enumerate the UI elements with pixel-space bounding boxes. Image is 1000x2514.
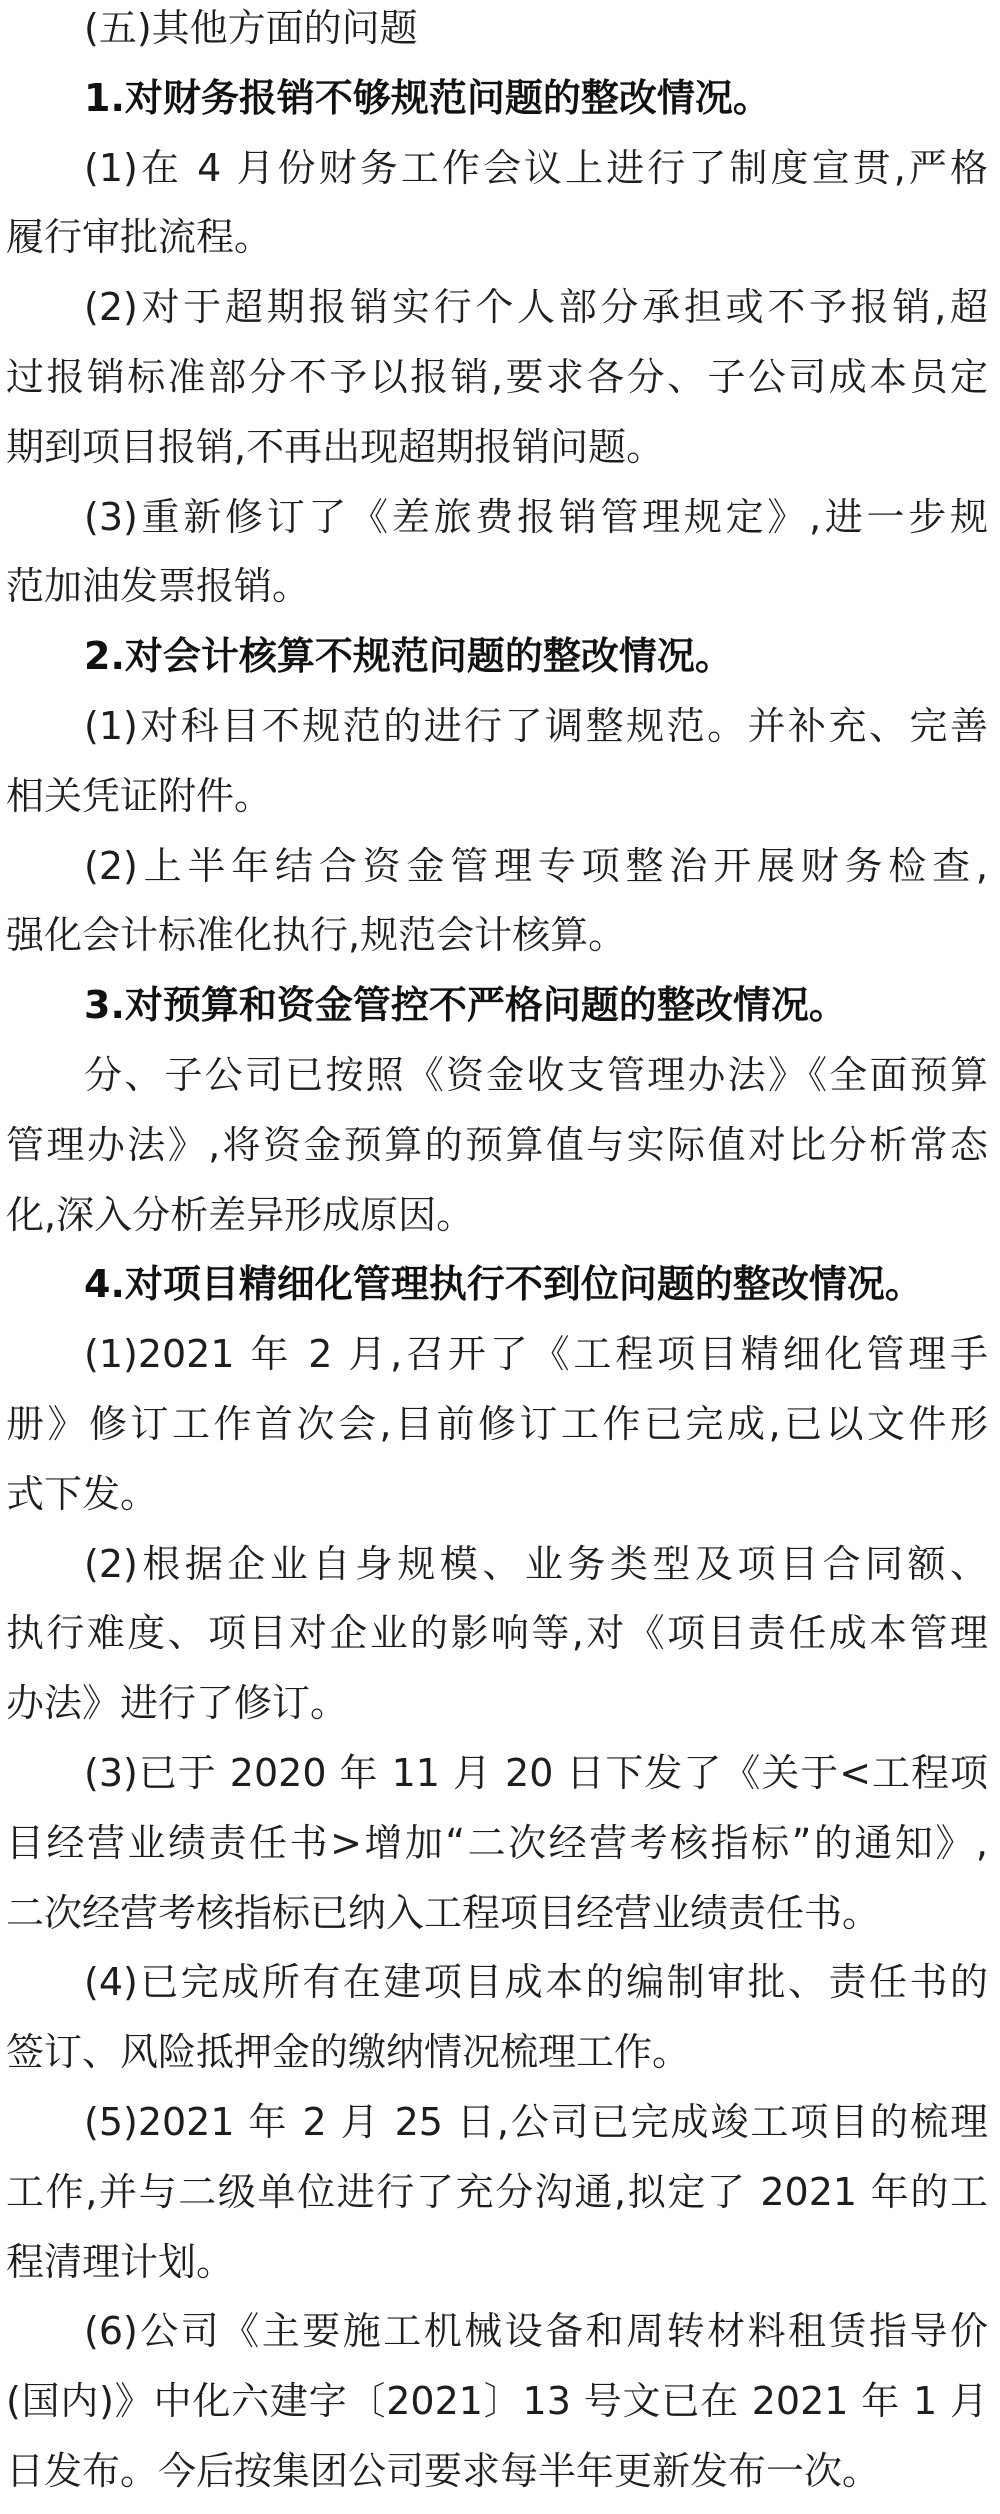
document-page: (五)其他方面的问题1.对财务报销不够规范问题的整改情况。(1)在 4 月份财务… <box>0 0 1000 2514</box>
text-line: 目经营业绩责任书>增加“二次经营考核指标”的通知》, <box>0 1809 1000 1879</box>
text-line: 程清理计划。 <box>0 2228 1000 2298</box>
text-line: (5)2021 年 2 月 25 日,公司已完成竣工项目的梳理 <box>0 2088 1000 2158</box>
text-line: 化,深入分析差异形成原因。 <box>0 1181 1000 1251</box>
numbered-subheading: 2.对会计核算不规范问题的整改情况。 <box>0 622 1000 692</box>
text-line: (国内)》中化六建字〔2021〕13 号文已在 2021 年 1 月 22 <box>0 2367 1000 2437</box>
text-line: 执行难度、项目对企业的影响等,对《项目责任成本管理 <box>0 1599 1000 1669</box>
numbered-subheading: 1.对财务报销不够规范问题的整改情况。 <box>0 64 1000 134</box>
document-body: (五)其他方面的问题1.对财务报销不够规范问题的整改情况。(1)在 4 月份财务… <box>0 0 1000 2507</box>
text-line: (1)对科目不规范的进行了调整规范。并补充、完善 <box>0 692 1000 762</box>
text-line: (2)上半年结合资金管理专项整治开展财务检查, <box>0 832 1000 902</box>
text-line: 工作,并与二级单位进行了充分沟通,拟定了 2021 年的工 <box>0 2158 1000 2228</box>
numbered-subheading: 3.对预算和资金管控不严格问题的整改情况。 <box>0 971 1000 1041</box>
text-line: 管理办法》,将资金预算的预算值与实际值对比分析常态 <box>0 1111 1000 1181</box>
text-line: 分、子公司已按照《资金收支管理办法》《全面预算 <box>0 1041 1000 1111</box>
text-line: (2)对于超期报销实行个人部分承担或不予报销,超 <box>0 273 1000 343</box>
text-line: (3)重新修订了《差旅费报销管理规定》,进一步规 <box>0 483 1000 553</box>
text-line: (1)2021 年 2 月,召开了《工程项目精细化管理手 <box>0 1320 1000 1390</box>
text-line: 签订、风险抵押金的缴纳情况梳理工作。 <box>0 2018 1000 2088</box>
text-line: 期到项目报销,不再出现超期报销问题。 <box>0 413 1000 483</box>
section-heading: (五)其他方面的问题 <box>0 0 1000 64</box>
text-line: 履行审批流程。 <box>0 203 1000 273</box>
text-line: (2)根据企业自身规模、业务类型及项目合同额、 <box>0 1530 1000 1600</box>
text-line: 日发布。今后按集团公司要求每半年更新发布一次。 <box>0 2437 1000 2507</box>
text-line: 相关凭证附件。 <box>0 762 1000 832</box>
text-line: 二次经营考核指标已纳入工程项目经营业绩责任书。 <box>0 1879 1000 1949</box>
text-line: 强化会计标准化执行,规范会计核算。 <box>0 901 1000 971</box>
text-line: (3)已于 2020 年 11 月 20 日下发了《关于<工程项 <box>0 1739 1000 1809</box>
text-line: (1)在 4 月份财务工作会议上进行了制度宣贯,严格 <box>0 134 1000 204</box>
numbered-subheading: 4.对项目精细化管理执行不到位问题的整改情况。 <box>0 1250 1000 1320</box>
text-line: 范加油发票报销。 <box>0 552 1000 622</box>
text-line: 办法》进行了修订。 <box>0 1669 1000 1739</box>
text-line: 过报销标准部分不予以报销,要求各分、子公司成本员定 <box>0 343 1000 413</box>
text-line: (6)公司《主要施工机械设备和周转材料租赁指导价 <box>0 2297 1000 2367</box>
text-line: (4)已完成所有在建项目成本的编制审批、责任书的 <box>0 1948 1000 2018</box>
text-line: 式下发。 <box>0 1460 1000 1530</box>
text-line: 册》修订工作首次会,目前修订工作已完成,已以文件形 <box>0 1390 1000 1460</box>
